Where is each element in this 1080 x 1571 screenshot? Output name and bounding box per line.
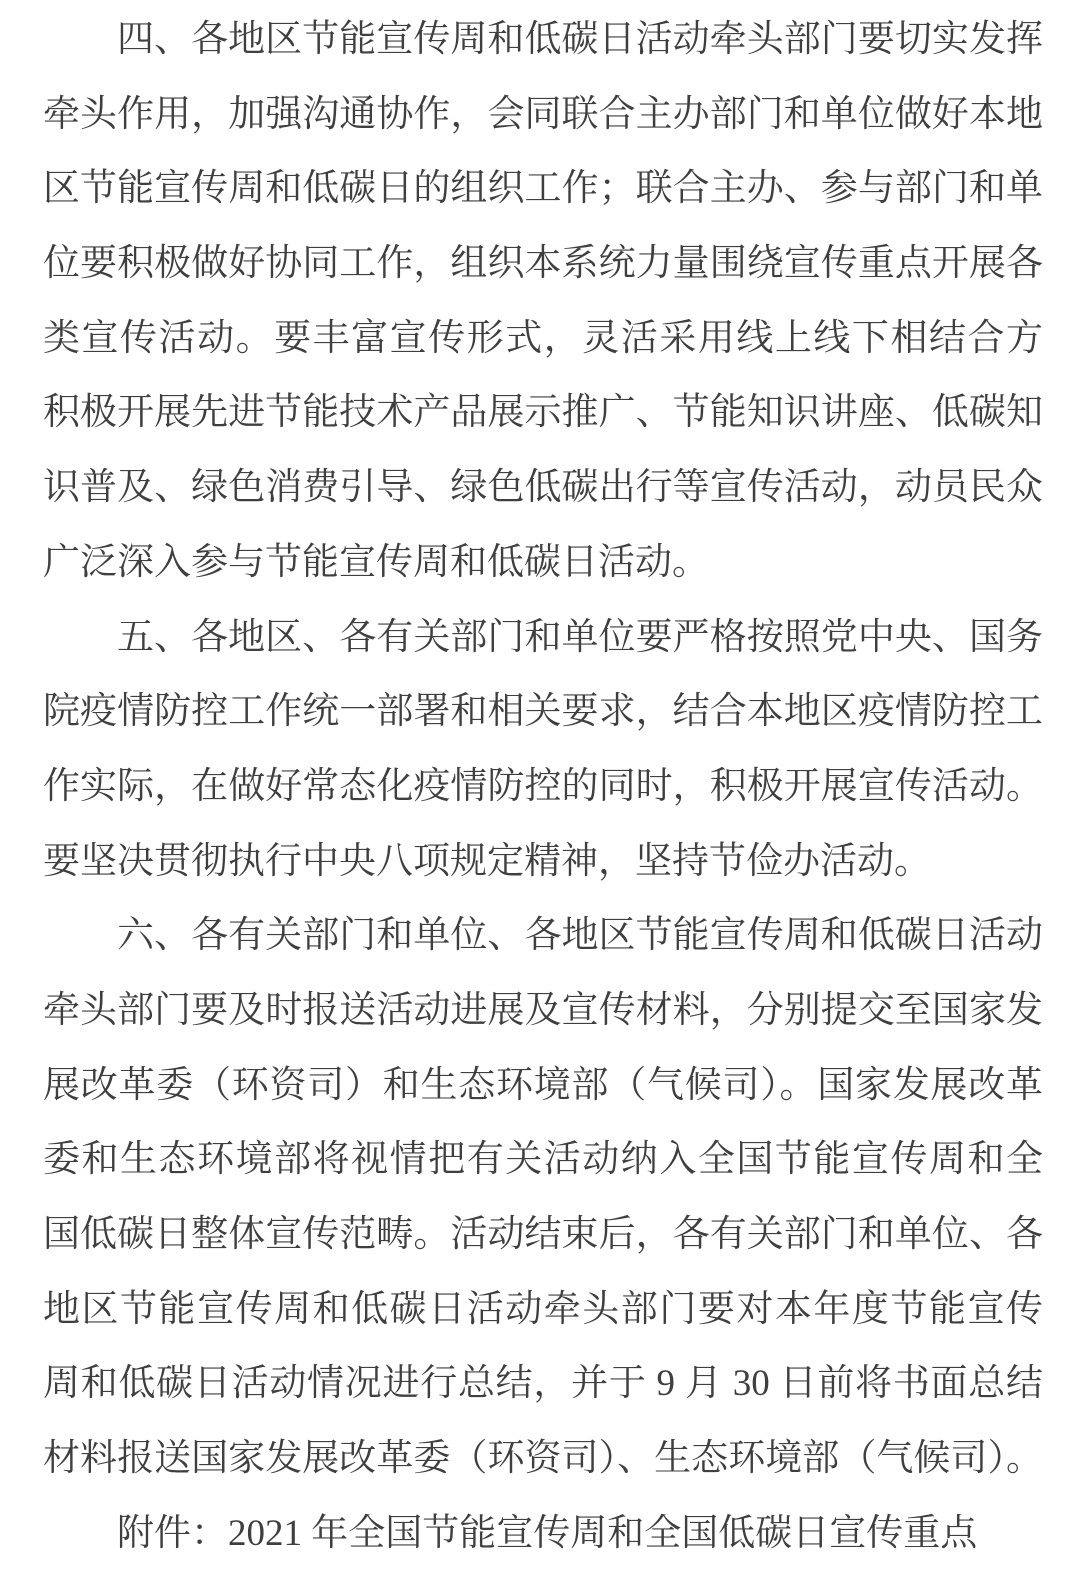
text-line: 积极开展先进节能技术产品展示推广、节能知识讲座、低碳知 (43, 376, 1043, 451)
text-line: 六、各有关部门和单位、各地区节能宣传周和低碳日活动 (43, 899, 1043, 974)
text-line: 委和生态环境部将视情把有关活动纳入全国节能宣传周和全 (43, 1123, 1043, 1198)
text-line: 位要积极做好协同工作，组织本系统力量围绕宣传重点开展各 (43, 227, 1043, 302)
text-line: 牵头作用，加强沟通协作，会同联合主办部门和单位做好本地 (43, 78, 1043, 153)
text-line: 地区节能宣传周和低碳日活动牵头部门要对本年度节能宣传 (43, 1273, 1043, 1348)
text-line: 国低碳日整体宣传范畴。活动结束后，各有关部门和单位、各 (43, 1198, 1043, 1273)
text-line: 要坚决贯彻执行中央八项规定精神，坚持节俭办活动。 (43, 825, 1043, 900)
text-line: 五、各地区、各有关部门和单位要严格按照党中央、国务 (43, 601, 1043, 676)
paragraph-section-six: 六、各有关部门和单位、各地区节能宣传周和低碳日活动 牵头部门要及时报送活动进展及… (43, 899, 1043, 1497)
paragraph-section-four: 四、各地区节能宣传周和低碳日活动牵头部门要切实发挥 牵头作用，加强沟通协作，会同… (43, 3, 1043, 601)
text-line: 院疫情防控工作统一部署和相关要求，结合本地区疫情防控工 (43, 675, 1043, 750)
text-line: 牵头部门要及时报送活动进展及宣传材料，分别提交至国家发 (43, 974, 1043, 1049)
paragraph-attachment: 附件：2021 年全国节能宣传周和全国低碳日宣传重点 (43, 1497, 1043, 1571)
text-line: 展改革委（环资司）和生态环境部（气候司）。国家发展改革 (43, 1049, 1043, 1124)
attachment-line: 附件：2021 年全国节能宣传周和全国低碳日宣传重点 (43, 1497, 1043, 1571)
text-line: 识普及、绿色消费引导、绿色低碳出行等宣传活动，动员民众 (43, 451, 1043, 526)
paragraph-section-five: 五、各地区、各有关部门和单位要严格按照党中央、国务 院疫情防控工作统一部署和相关… (43, 601, 1043, 900)
text-line: 类宣传活动。要丰富宣传形式，灵活采用线上线下相结合方式， (43, 302, 1043, 377)
text-line: 四、各地区节能宣传周和低碳日活动牵头部门要切实发挥 (43, 3, 1043, 78)
text-line: 作实际，在做好常态化疫情防控的同时，积极开展宣传活动。 (43, 750, 1043, 825)
text-line: 材料报送国家发展改革委（环资司）、生态环境部（气候司）。 (43, 1422, 1043, 1497)
text-line: 区节能宣传周和低碳日的组织工作；联合主办、参与部门和单 (43, 152, 1043, 227)
text-line: 周和低碳日活动情况进行总结，并于 9 月 30 日前将书面总结 (43, 1347, 1043, 1422)
text-line: 广泛深入参与节能宣传周和低碳日活动。 (43, 526, 1043, 601)
notice-document-body: 四、各地区节能宣传周和低碳日活动牵头部门要切实发挥 牵头作用，加强沟通协作，会同… (43, 3, 1043, 1571)
